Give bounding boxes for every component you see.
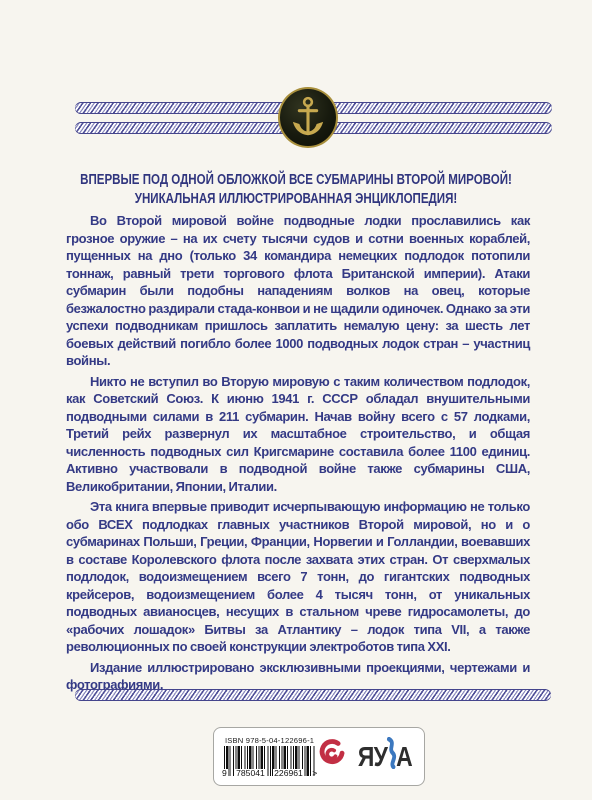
anchor-emblem <box>278 87 338 148</box>
annotation-text: Во Второй мировой войне подводные лодки … <box>66 212 530 697</box>
barcode-digit-group: 9 <box>221 769 228 778</box>
barcode-digits: 9 785041 226961 > <box>221 769 318 778</box>
headline-line-2: УНИКАЛЬНАЯ ИЛЛЮСТРИРОВАННАЯ ЭНЦИКЛОПЕДИЯ… <box>71 190 521 209</box>
headline: ВПЕРВЫЕ ПОД ОДНОЙ ОБЛОЖКОЙ ВСЕ СУБМАРИНЫ… <box>0 171 592 208</box>
anchor-icon <box>289 95 327 141</box>
body-paragraph: Никто не вступил во Вторую мировую с так… <box>66 373 530 496</box>
barcode-digit-group: 226961 <box>273 769 304 778</box>
body-paragraph: Во Второй мировой войне подводные лодки … <box>66 212 530 370</box>
rope-border-bottom <box>75 689 551 701</box>
wave-letter-z-icon <box>387 737 396 776</box>
barcode-digit-group: 785041 <box>235 769 266 778</box>
body-paragraph: Эта книга впервые приводит исчерпывающую… <box>66 498 530 656</box>
isbn-label: ISBN 978-5-04-122696-1 <box>221 736 318 745</box>
yauza-wordmark: ЯУ А <box>358 737 412 776</box>
yauza-letters-prefix: ЯУ <box>358 741 387 773</box>
headline-line-1: ВПЕРВЫЕ ПОД ОДНОЙ ОБЛОЖКОЙ ВСЕ СУБМАРИНЫ… <box>71 171 521 190</box>
barcode-digit-group: > <box>311 769 318 778</box>
barcode-block: ISBN 978-5-04-122696-1 9 785041 226961 > <box>221 736 318 778</box>
publisher-logo: ЯУ А <box>318 737 418 776</box>
book-back-cover: ВПЕРВЫЕ ПОД ОДНОЙ ОБЛОЖКОЙ ВСЕ СУБМАРИНЫ… <box>0 0 592 800</box>
yauza-letters-suffix: А <box>396 741 412 773</box>
eksmo-swirl-icon <box>318 738 346 775</box>
barcode-panel: ISBN 978-5-04-122696-1 9 785041 226961 >… <box>213 727 425 786</box>
